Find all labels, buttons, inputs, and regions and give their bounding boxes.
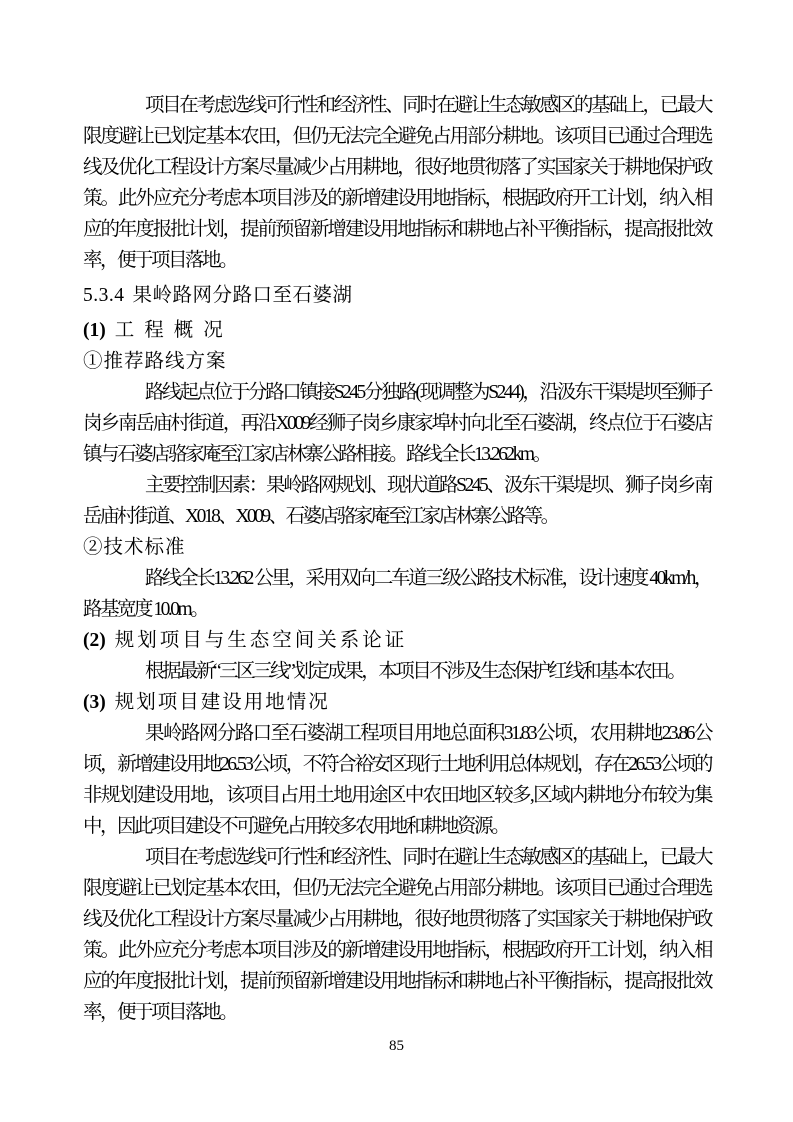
paragraph-technical: 路线全长13.262 公里，采用双向二车道三级公路技术标准，设计速度 40km/… — [83, 563, 711, 625]
section-title: 果岭路网分路口至石婆湖 — [133, 285, 353, 306]
subheading-label: 规划项目建设用地情况 — [115, 692, 330, 713]
subheading-number: (3) — [83, 692, 106, 713]
subheading-number: (1) — [83, 320, 106, 341]
paragraph-conclusion: 项目在考虑选线可行性和经济性、同时在避让生态敏感区的基础上，已最大限度避让已划定… — [83, 842, 711, 1028]
subheading-project-overview: (1)工程概况 — [83, 315, 711, 346]
paragraph-ecology: 根据最新“三区三线”划定成果，本项目不涉及生态保护红线和基本农田。 — [83, 656, 711, 687]
section-number: 5.3.4 — [83, 285, 125, 306]
subheading-land-use: (3)规划项目建设用地情况 — [83, 687, 711, 718]
list-item-recommended-route: ①推荐路线方案 — [83, 346, 711, 377]
document-page: 项目在考虑选线可行性和经济性、同时在避让生态敏感区的基础上，已最大限度避让已划定… — [0, 0, 793, 1122]
paragraph-intro: 项目在考虑选线可行性和经济性、同时在避让生态敏感区的基础上，已最大限度避让已划定… — [83, 90, 711, 276]
page-number: 85 — [0, 1038, 793, 1055]
paragraph-route: 路线起点位于分路口镇接S245分独路(现调整为S244)，沿汲东干渠堤坝至狮子岗… — [83, 377, 711, 470]
subheading-label: 工程概况 — [115, 320, 233, 341]
subheading-number: (2) — [83, 630, 106, 651]
paragraph-land: 果岭路网分路口至石婆湖工程项目用地总面积31.83公顷，农用耕地23.86公顷，… — [83, 718, 711, 842]
section-heading: 5.3.4果岭路网分路口至石婆湖 — [83, 280, 711, 311]
subheading-label: 规划项目与生态空间关系论证 — [115, 630, 408, 651]
document-body: 项目在考虑选线可行性和经济性、同时在避让生态敏感区的基础上，已最大限度避让已划定… — [83, 90, 711, 1028]
list-item-technical-standard: ②技术标准 — [83, 532, 711, 563]
subheading-ecology-relation: (2)规划项目与生态空间关系论证 — [83, 625, 711, 656]
paragraph-control-factors: 主要控制因素：果岭路网规划、现状道路S245、汲东干渠堤坝、狮子岗乡南岳庙村街道… — [83, 470, 711, 532]
